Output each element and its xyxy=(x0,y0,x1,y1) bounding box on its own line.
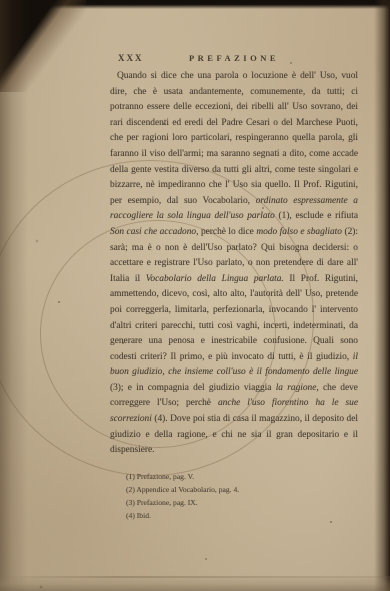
page-right-edge xyxy=(374,0,390,591)
scanned-book-photo: XXX PREFAZIONE Quando si dice che una pa… xyxy=(0,0,390,591)
page-bottom-edge xyxy=(0,575,390,591)
footnote-4: (4) Ibid. xyxy=(126,509,239,522)
footnotes: (1) Prefazione, pag. V. (2) Appendice al… xyxy=(126,470,239,522)
footnote-3: (3) Prefazione, pag. IX. xyxy=(126,496,239,509)
running-title: PREFAZIONE xyxy=(110,53,358,63)
page-header: XXX PREFAZIONE xyxy=(110,52,358,66)
footnote-1: (1) Prefazione, pag. V. xyxy=(126,470,239,483)
page-left-edge xyxy=(0,0,28,591)
footnote-2: (2) Appendice al Vocabolario, pag. 4. xyxy=(126,483,239,496)
body-text: Quando si dice che una parola o locuzion… xyxy=(110,69,358,459)
